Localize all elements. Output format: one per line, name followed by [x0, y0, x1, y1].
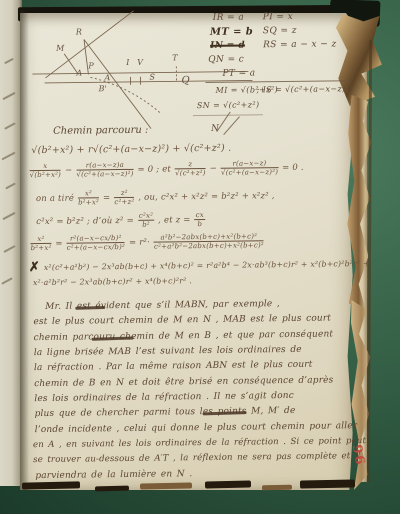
- torn-speck: [140, 482, 192, 489]
- facing-page-edge: [0, 0, 22, 486]
- torn-speck: [262, 485, 292, 491]
- binding-gutter-shadow: [20, 10, 29, 490]
- manuscript-photo: { "manuscript": { "page_number": "96", "…: [0, 0, 400, 514]
- torn-speck: [300, 479, 355, 488]
- torn-speck: [22, 481, 80, 489]
- torn-speck: [205, 481, 251, 489]
- manuscript-page: [20, 13, 356, 490]
- page-edge-shadow-line: [367, 40, 372, 482]
- torn-speck: [95, 486, 129, 492]
